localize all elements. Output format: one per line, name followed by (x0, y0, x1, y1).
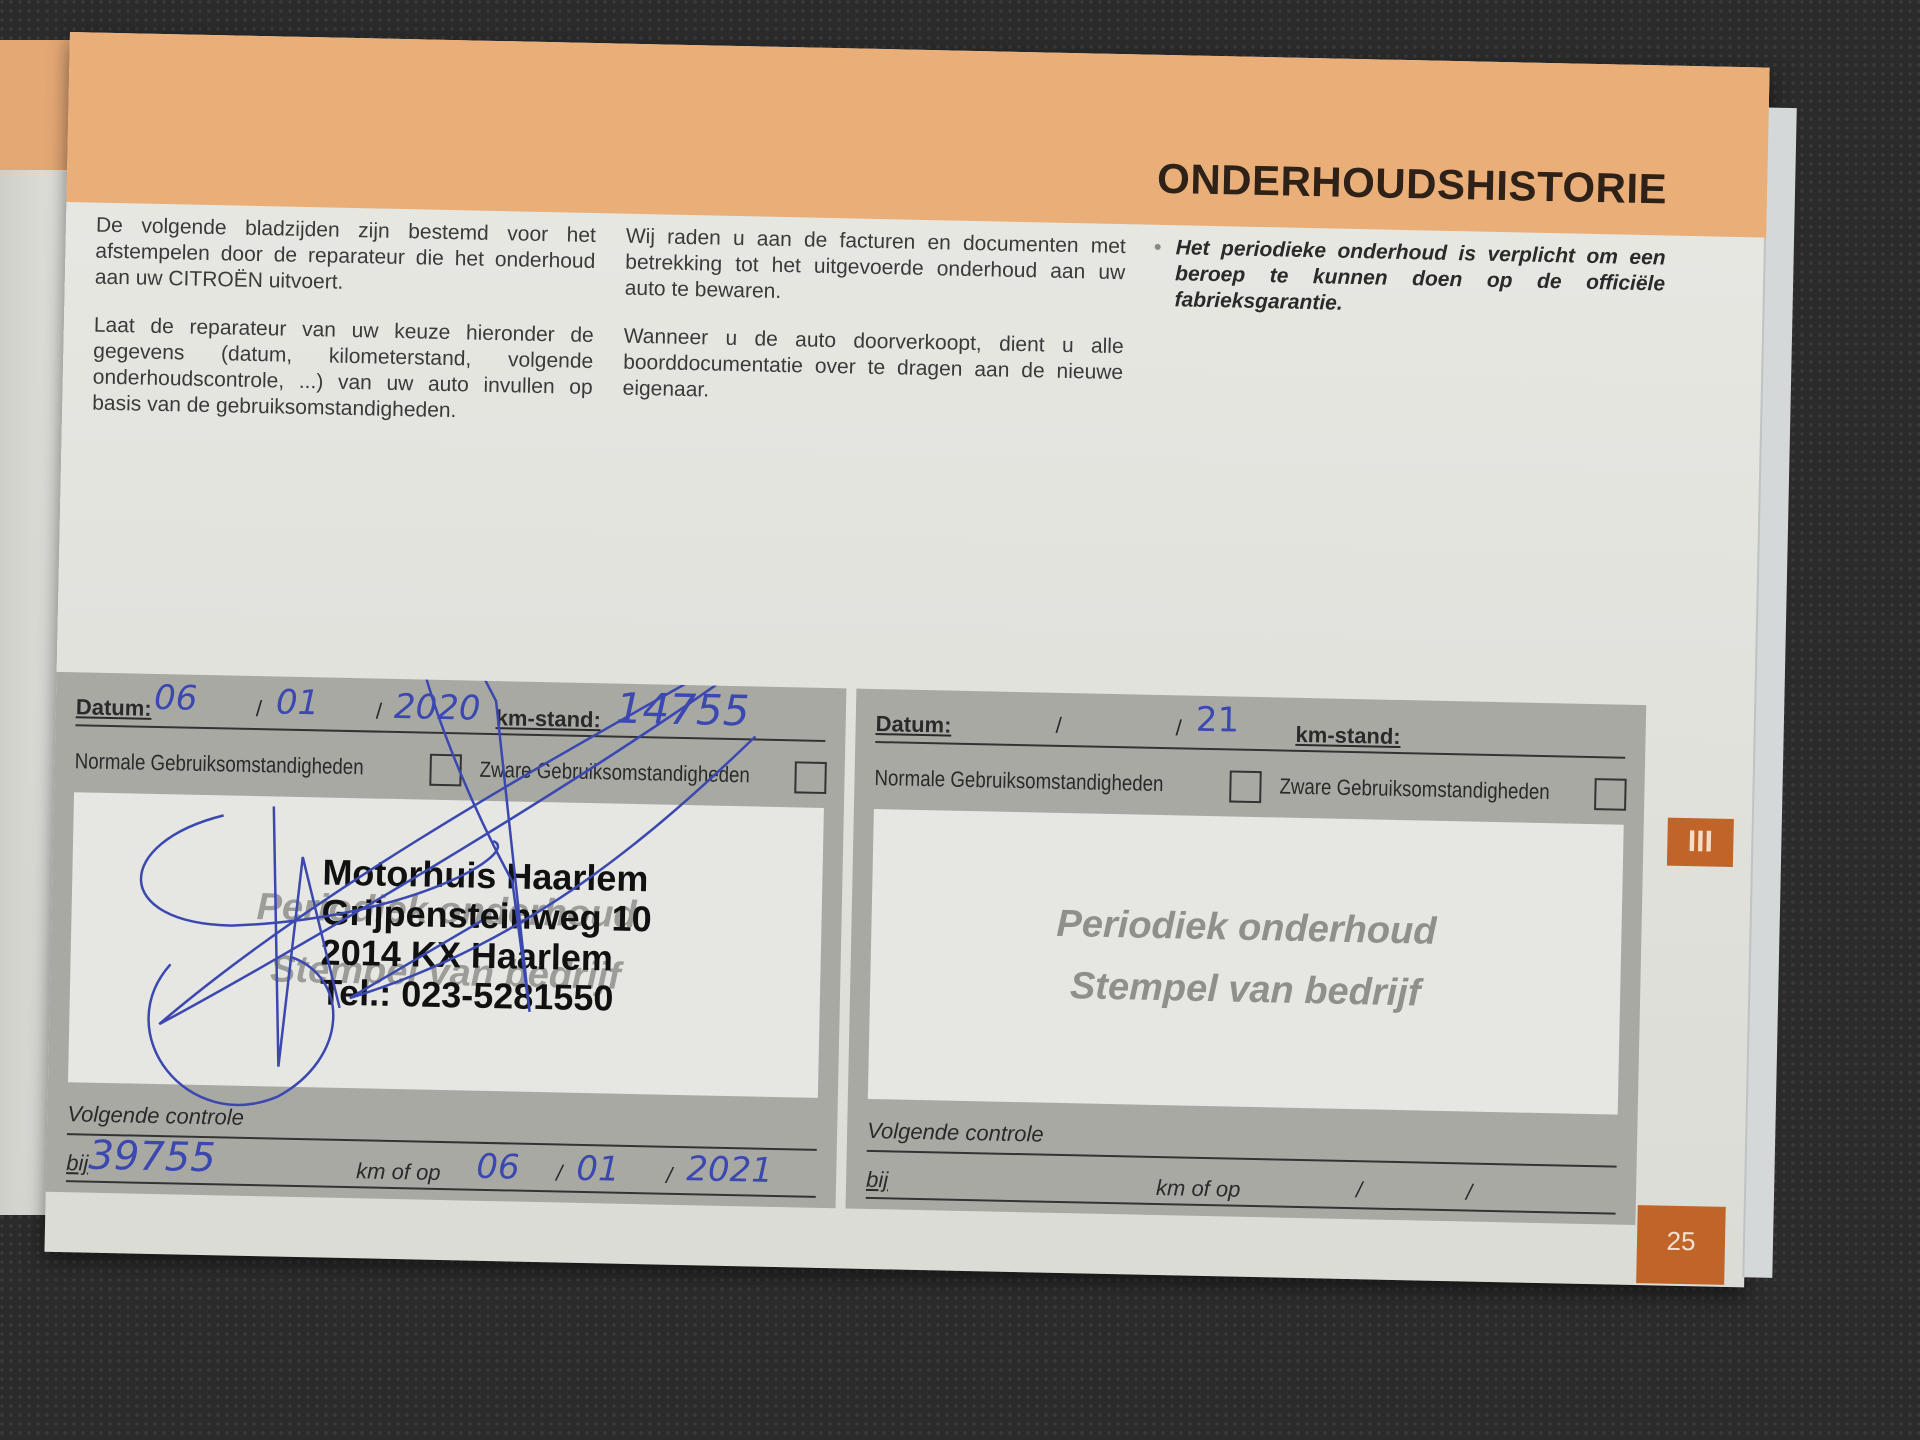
next-check-details-row: bij km of op / / (866, 1159, 1617, 1215)
normal-usage-checkbox[interactable] (429, 754, 462, 787)
datum-row: Datum: / / 21 km-stand: (875, 699, 1626, 759)
date-separator: / (1055, 713, 1062, 739)
datum-year-value[interactable]: 21 (1195, 700, 1239, 741)
stamp-area: Periodiek onderhoud Stempel van bedrijf (868, 809, 1624, 1115)
intro-column-1: De volgende bladzijden zijn bestemd voor… (91, 213, 596, 449)
heavy-usage-checkbox[interactable] (1594, 778, 1627, 811)
usage-row: Normale Gebruiksomstandigheden Zware Geb… (874, 759, 1625, 815)
bij-label: bij (866, 1167, 889, 1193)
next-check-details-row: bij 39755 km of op 06 / 01 / 2021 (66, 1142, 817, 1198)
next-km-value[interactable]: 39755 (88, 1133, 216, 1182)
page-stack-edge (1742, 108, 1796, 1278)
date-separator: / (256, 696, 263, 722)
date-separator: / (376, 699, 383, 725)
normal-usage-label: Normale Gebruiksomstandigheden (74, 748, 363, 780)
next-month-value[interactable]: 01 (576, 1149, 620, 1190)
datum-row: Datum: 06 / 01 / 2020 km-stand: 14755 (75, 682, 826, 742)
datum-day-value[interactable]: 06 (154, 678, 198, 719)
next-check-label: Volgende controle (67, 1101, 244, 1131)
date-separator: / (1466, 1179, 1473, 1205)
datum-month-value[interactable]: 01 (276, 682, 320, 723)
datum-year-value[interactable]: 2020 (394, 687, 481, 729)
heavy-usage-label: Zware Gebruiksomstandigheden (479, 757, 750, 789)
intro-column-2: Wij raden u aan de facturen en documente… (622, 224, 1126, 434)
intro-paragraph: Wanneer u de auto doorverkoopt, dient u … (622, 324, 1124, 412)
normal-usage-checkbox[interactable] (1229, 770, 1262, 803)
usage-row: Normale Gebruiksomstandigheden Zware Geb… (74, 742, 825, 798)
km-of-op-label: km of op (356, 1158, 441, 1186)
manual-page: ONDERHOUDSHISTORIE De volgende bladzijde… (44, 32, 1769, 1287)
warranty-note: • Het periodieke onderhoud is verplicht … (1174, 235, 1666, 345)
dealer-stamp: Motorhuis Haarlem Grijpensteinweg 10 201… (320, 852, 653, 1019)
datum-label: Datum: (875, 711, 951, 739)
next-year-value[interactable]: 2021 (686, 1149, 773, 1191)
bij-label: bij (66, 1150, 89, 1176)
dealer-phone: Tel.: 023-5281550 (320, 972, 651, 1019)
date-separator: / (666, 1163, 673, 1189)
km-stand-value[interactable]: 14755 (615, 684, 750, 736)
intro-paragraph: De volgende bladzijden zijn bestemd voor… (95, 213, 597, 301)
heavy-usage-label: Zware Gebruiksomstandigheden (1279, 773, 1550, 805)
intro-paragraph: Wij raden u aan de facturen en documente… (624, 224, 1126, 312)
chapter-tab: III (1667, 818, 1734, 867)
km-stand-label: km-stand: (1295, 722, 1401, 750)
heavy-usage-checkbox[interactable] (794, 761, 827, 794)
bullet-icon: • (1153, 235, 1161, 261)
warranty-text: Het periodieke onderhoud is verplicht om… (1174, 235, 1666, 323)
intro-paragraph: Laat de reparateur van uw keuze hieronde… (92, 313, 594, 427)
stamp-placeholder: Periodiek onderhoud Stempel van bedrijf (870, 889, 1622, 1029)
date-separator: / (556, 1160, 563, 1186)
km-of-op-label: km of op (1156, 1175, 1241, 1203)
datum-label: Datum: (76, 694, 152, 722)
km-stand-label: km-stand: (495, 705, 601, 733)
date-separator: / (1175, 715, 1182, 741)
maintenance-entry-2: Datum: / / 21 km-stand: Normale Gebruiks… (846, 689, 1647, 1225)
next-check-row: Volgende controle (867, 1114, 1618, 1168)
next-day-value[interactable]: 06 (476, 1147, 520, 1188)
stamp-area: Periodiek onderhoud Stempel van bedrijf … (68, 792, 824, 1098)
page-number: 25 (1636, 1205, 1726, 1285)
next-check-label: Volgende controle (867, 1118, 1044, 1148)
normal-usage-label: Normale Gebruiksomstandigheden (874, 765, 1163, 797)
date-separator: / (1356, 1177, 1363, 1203)
maintenance-entry-1: Datum: 06 / 01 / 2020 km-stand: 14755 No… (46, 672, 847, 1208)
